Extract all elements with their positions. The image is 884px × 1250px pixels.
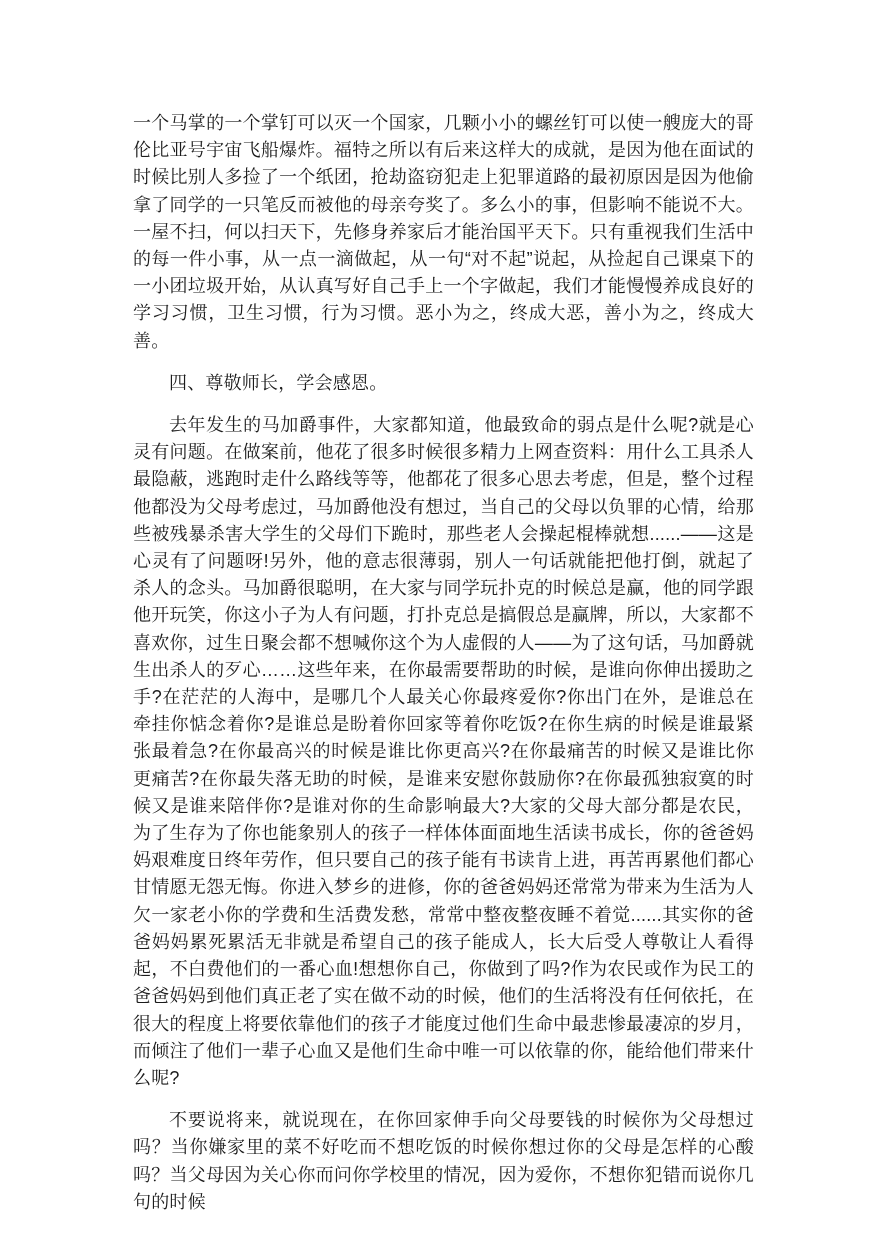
document-body: 一个马掌的一个掌钉可以灭一个国家，几颗小小的螺丝钉可以使一艘庞大的哥伦比亚号宇宙… xyxy=(133,110,754,1216)
paragraph-small-things: 一个马掌的一个掌钉可以灭一个国家，几颗小小的螺丝钉可以使一艘庞大的哥伦比亚号宇宙… xyxy=(133,110,754,355)
section-heading-four: 四、尊敬师长，学会感恩。 xyxy=(133,370,754,397)
document-page: 一个马掌的一个掌钉可以灭一个国家，几颗小小的螺丝钉可以使一艘庞大的哥伦比亚号宇宙… xyxy=(0,0,884,1250)
paragraph-not-future: 不要说将来，就说现在，在你回家伸手向父母要钱的时候你为父母想过吗？当你嫌家里的菜… xyxy=(133,1107,754,1216)
paragraph-ma-jiajue: 去年发生的马加爵事件，大家都知道，他最致命的弱点是什么呢?就是心灵有问题。在做案… xyxy=(133,412,754,1092)
